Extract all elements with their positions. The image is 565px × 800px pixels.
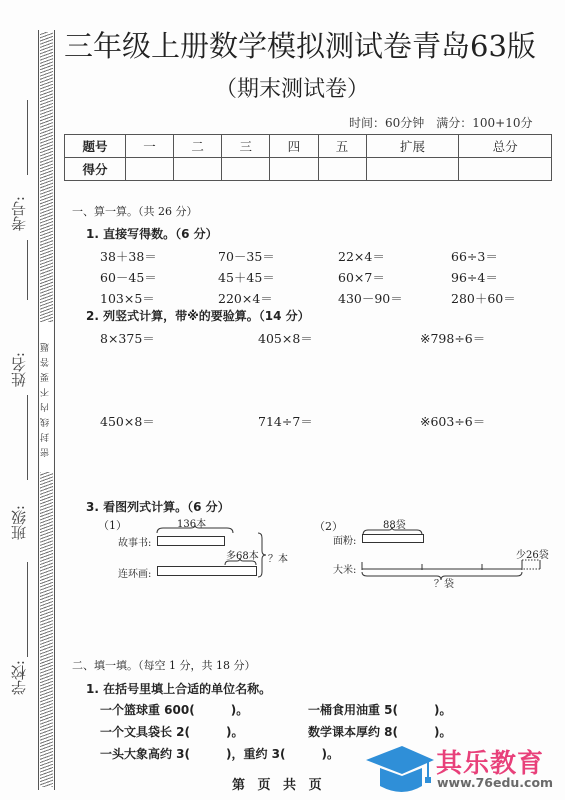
fill-item[interactable]: 一头大象高约 3( )，重约 3( )。 [100, 745, 339, 762]
score-cell[interactable] [318, 158, 366, 181]
name-label: 姓名: [8, 352, 28, 387]
expr: 70－35＝ [218, 247, 275, 265]
expr: 714÷7＝ [258, 412, 313, 430]
score-table-score-row: 得分 [65, 158, 552, 181]
expr: 450×8＝ [100, 412, 155, 430]
row-flour-label: 面粉: [333, 532, 356, 547]
row-rice-label: 大米: [333, 561, 356, 576]
q3-title: 3. 看图列式计算。（6 分） [86, 498, 230, 515]
class-line[interactable] [27, 562, 28, 657]
s2-q1-title: 1. 在括号里填上合适的单位名称。 [86, 680, 271, 697]
expr: 8×375＝ [100, 329, 155, 347]
score-cell[interactable] [222, 158, 270, 181]
col-header: 五 [318, 135, 366, 158]
brace-top-icon [155, 524, 235, 534]
score-cell[interactable] [174, 158, 222, 181]
diagram1-label: （1） [98, 517, 127, 533]
exam-number-line[interactable] [27, 100, 28, 175]
q2-title: 2. 列竖式计算，带※的要验算。（14 分） [86, 307, 310, 324]
row-header-score: 得分 [65, 158, 126, 181]
expr: 405×8＝ [258, 329, 313, 347]
exam-number-line-2[interactable] [27, 240, 28, 300]
exam-meta: 时间：60分钟 满分：100+10分 [349, 114, 533, 131]
name-line[interactable] [27, 395, 28, 480]
row-comic-label: 连环画: [118, 565, 151, 580]
flour-bar [362, 534, 424, 543]
expr: 60×7＝ [338, 268, 385, 286]
comic-bar [157, 566, 257, 576]
expr: 66÷3＝ [451, 247, 498, 265]
row-header-question: 题号 [65, 135, 126, 158]
score-table: 题号 一 二 三 四 五 扩展 总分 得分 [64, 134, 552, 181]
section2-title: 二、填一填。（每空 1 分，共 18 分） [72, 657, 255, 673]
expr: 60－45＝ [100, 268, 157, 286]
expr: ※798÷6＝ [420, 329, 485, 347]
expr: 45＋45＝ [218, 268, 275, 286]
expr: 22×4＝ [338, 247, 385, 265]
score-table-header-row: 题号 一 二 三 四 五 扩展 总分 [65, 135, 552, 158]
brace-diff-icon [224, 558, 258, 566]
page-subtitle: （期末测试卷） [215, 72, 369, 103]
fill-item[interactable]: 一个文具袋长 2( )。 [100, 723, 244, 740]
diagram2-total: ？袋 [434, 575, 454, 590]
score-cell[interactable] [126, 158, 174, 181]
class-label: 班级: [8, 505, 28, 540]
graduation-cap-icon [364, 742, 436, 794]
score-cell[interactable] [270, 158, 318, 181]
fill-item[interactable]: 一个篮球重 600( )。 [100, 701, 248, 718]
col-header: 三 [222, 135, 270, 158]
section1-title: 一、算一算。（共 26 分） [72, 203, 198, 219]
col-header: 一 [126, 135, 174, 158]
col-header: 四 [270, 135, 318, 158]
col-header: 扩展 [366, 135, 459, 158]
expr: 96÷4＝ [451, 268, 498, 286]
expr: ※603÷6＝ [420, 412, 485, 430]
storybook-bar [157, 536, 225, 546]
expr: 430－90＝ [338, 289, 403, 307]
seal-notice: 密封线内不要答题 [40, 322, 53, 472]
q1-title: 1. 直接写得数。（6 分） [86, 225, 218, 242]
diagram1-total: ？本 [268, 550, 288, 565]
school-label: 学校: [8, 660, 28, 695]
expr: 220×4＝ [218, 289, 273, 307]
expr: 280＋60＝ [451, 289, 516, 307]
expr: 103×5＝ [100, 289, 155, 307]
brace-right-icon [257, 532, 267, 578]
col-header: 总分 [459, 135, 552, 158]
fill-item[interactable]: 数学课本厚约 8( )。 [308, 723, 452, 740]
score-cell[interactable] [459, 158, 552, 181]
strip-border-right [54, 30, 55, 790]
fill-item[interactable]: 一桶食用油重 5( )。 [308, 701, 452, 718]
score-cell[interactable] [366, 158, 459, 181]
exam-number-label: 考号: [8, 196, 28, 231]
brand-url: www.76edu.com [437, 775, 553, 790]
page-title: 三年级上册数学模拟测试卷青岛63版 [64, 24, 554, 65]
strip-border-left [38, 30, 39, 790]
col-header: 二 [174, 135, 222, 158]
row-storybook-label: 故事书: [118, 534, 151, 549]
page-footer: 第 页 共 页 [232, 774, 326, 793]
expr: 38＋38＝ [100, 247, 157, 265]
